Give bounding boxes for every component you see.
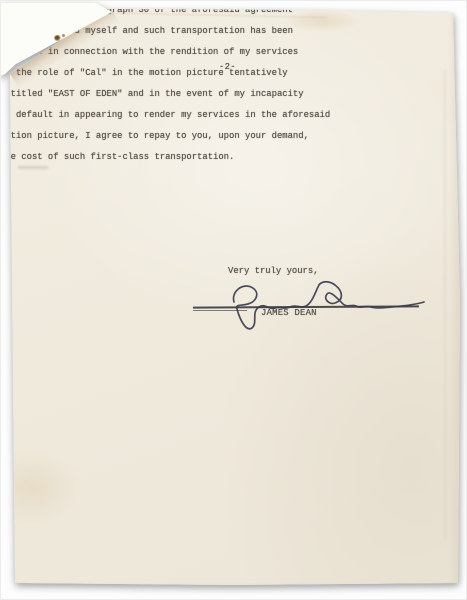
scanned-letter-photo: { "letter": { "page_number": "-2-", "bod… [0, 0, 467, 600]
photo-border [0, 0, 467, 600]
